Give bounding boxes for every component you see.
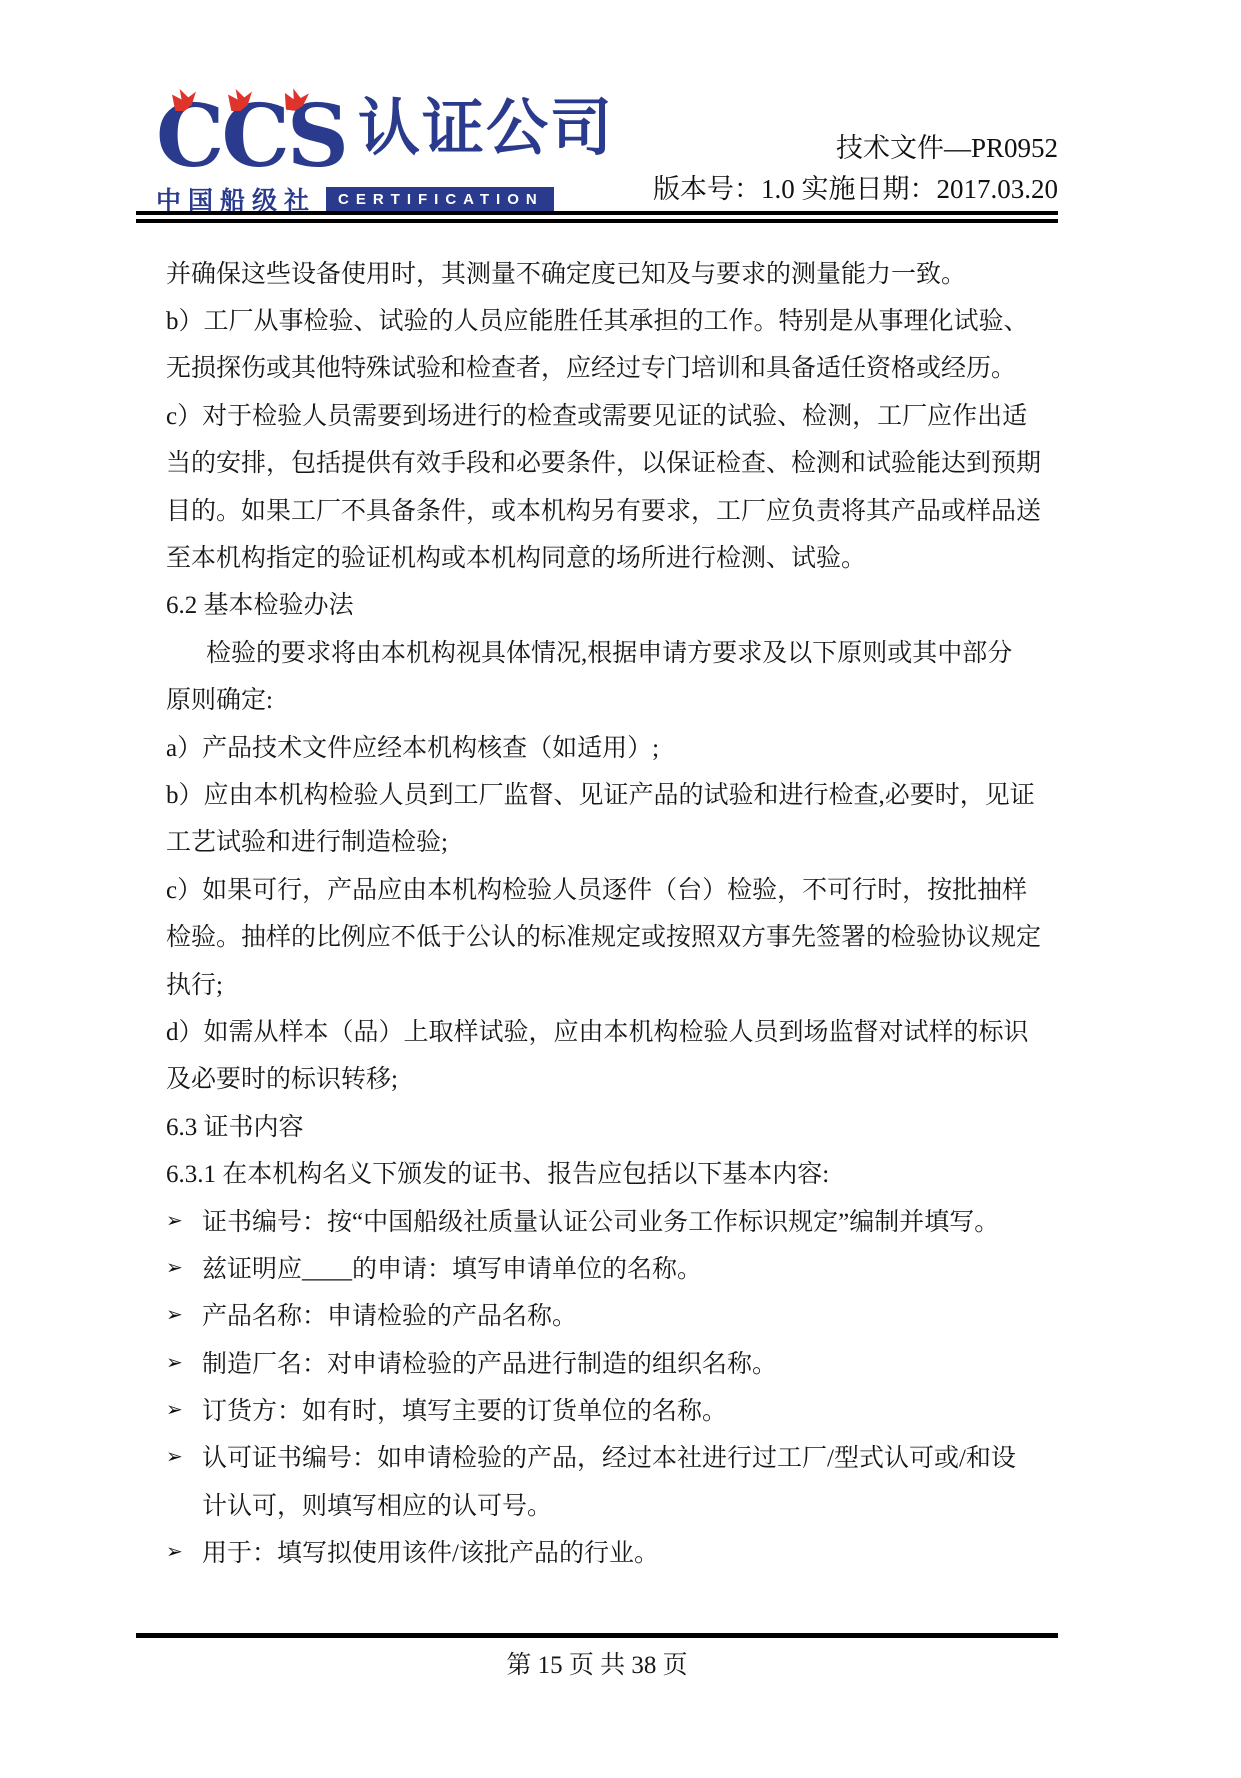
body-line: 6.2 基本检验办法 <box>166 580 1066 627</box>
body-line: ➢兹证明应____的申请：填写申请单位的名称。 <box>166 1243 1066 1290</box>
body-line-text: 工艺试验和进行制造检验; <box>166 822 448 858</box>
doc-type-label: 技术文件—PR0952 <box>653 128 1058 169</box>
body-line: ➢制造厂名：对申请检验的产品进行制造的组织名称。 <box>166 1338 1066 1385</box>
body-line-text: 用于：填写拟使用该件/该批产品的行业。 <box>202 1533 659 1569</box>
body-line-text: 制造厂名：对申请检验的产品进行制造的组织名称。 <box>202 1344 777 1380</box>
body-line: ➢订货方：如有时，填写主要的订货单位的名称。 <box>166 1385 1066 1432</box>
body-line-text: c）对于检验人员需要到场进行的检查或需要见证的试验、检测，工厂应作出适 <box>166 396 1027 432</box>
ccs-wordmark: CCS <box>156 96 346 178</box>
body-line: 目的。如果工厂不具备条件，或本机构另有要求，工厂应负责将其产品或样品送 <box>166 485 1066 532</box>
body-line-text: b）应由本机构检验人员到工厂监督、见证产品的试验和进行检查,必要时，见证 <box>166 775 1035 811</box>
body-line: b）应由本机构检验人员到工厂监督、见证产品的试验和进行检查,必要时，见证 <box>166 769 1066 816</box>
bullet-arrow-icon: ➢ <box>166 1352 202 1372</box>
body-line: 无损探伤或其他特殊试验和检查者，应经过专门培训和具备适任资格或经历。 <box>166 343 1066 390</box>
logo-row-top: CCS 认证公司 <box>156 96 614 178</box>
body-line: 计认可，则填写相应的认可号。 <box>166 1480 1066 1527</box>
body-line-text: 及必要时的标识转移; <box>166 1059 398 1095</box>
body-line-text: 订货方：如有时，填写主要的订货单位的名称。 <box>202 1391 727 1427</box>
body-line: c）如果可行，产品应由本机构检验人员逐件（台）检验，不可行时，按批抽样 <box>166 864 1066 911</box>
body-line-text: d）如需从样本（品）上取样试验，应由本机构检验人员到场监督对试样的标识 <box>166 1012 1029 1048</box>
bullet-arrow-icon: ➢ <box>166 1399 202 1419</box>
bullet-arrow-icon: ➢ <box>166 1541 202 1561</box>
header-divider <box>136 211 1058 223</box>
body-line-text: 至本机构指定的验证机构或本机构同意的场所进行检测、试验。 <box>166 538 866 574</box>
body-line: ➢用于：填写拟使用该件/该批产品的行业。 <box>166 1528 1066 1575</box>
body-line-text: 兹证明应____的申请：填写申请单位的名称。 <box>202 1249 702 1285</box>
body-line-text: 并确保这些设备使用时，其测量不确定度已知及与要求的测量能力一致。 <box>166 254 966 290</box>
bullet-arrow-icon: ➢ <box>166 1304 202 1324</box>
body-line: 原则确定: <box>166 675 1066 722</box>
footer-divider <box>136 1633 1058 1638</box>
body-line-text: 检验。抽样的比例应不低于公认的标准规定或按照双方事先签署的检验协议规定 <box>166 917 1041 953</box>
body-line: c）对于检验人员需要到场进行的检查或需要见证的试验、检测，工厂应作出适 <box>166 390 1066 437</box>
body-line-text: a）产品技术文件应经本机构核查（如适用）; <box>166 728 659 764</box>
logo-company-name: 认证公司 <box>358 98 614 160</box>
body-line-text: 6.3 证书内容 <box>166 1107 304 1143</box>
body-line: 工艺试验和进行制造检验; <box>166 817 1066 864</box>
body-line-text: b）工厂从事检验、试验的人员应能胜任其承担的工作。特别是从事理化试验、 <box>166 301 1029 337</box>
body-lines: 并确保这些设备使用时，其测量不确定度已知及与要求的测量能力一致。b）工厂从事检验… <box>166 248 1066 1575</box>
certification-banner: CERTIFICATION <box>326 187 554 211</box>
ccs-logo: CCS 认证公司 中国船级社 CERTIFICATION <box>156 96 614 217</box>
bullet-arrow-icon: ➢ <box>166 1446 202 1466</box>
body-line: ➢产品名称：申请检验的产品名称。 <box>166 1291 1066 1338</box>
body-line-text: 当的安排，包括提供有效手段和必要条件，以保证检查、检测和试验能达到预期 <box>166 443 1041 479</box>
body-line-text: 目的。如果工厂不具备条件，或本机构另有要求，工厂应负责将其产品或样品送 <box>166 491 1041 527</box>
body-line: 执行; <box>166 959 1066 1006</box>
body-line-text: 原则确定: <box>166 680 273 716</box>
body-line: 检验的要求将由本机构视具体情况,根据申请方要求及以下原则或其中部分 <box>166 627 1066 674</box>
body-line: 6.3 证书内容 <box>166 1101 1066 1148</box>
body-line-text: 证书编号：按“中国船级社质量认证公司业务工作标识规定”编制并填写。 <box>202 1202 999 1238</box>
body-line: 当的安排，包括提供有效手段和必要条件，以保证检查、检测和试验能达到预期 <box>166 438 1066 485</box>
body-line-text: 无损探伤或其他特殊试验和检查者，应经过专门培训和具备适任资格或经历。 <box>166 348 1016 384</box>
body-line-text: 6.2 基本检验办法 <box>166 585 354 621</box>
version-date-label: 版本号：1.0 实施日期：2017.03.20 <box>653 169 1058 210</box>
page-number: 第 15 页 共 38 页 <box>136 1645 1058 1681</box>
header-right-block: 技术文件—PR0952 版本号：1.0 实施日期：2017.03.20 <box>653 128 1058 210</box>
body-line-text: 执行; <box>166 965 223 1001</box>
body-line: 及必要时的标识转移; <box>166 1054 1066 1101</box>
body-line: d）如需从样本（品）上取样试验，应由本机构检验人员到场监督对试样的标识 <box>166 1006 1066 1053</box>
body-line: ➢认可证书编号：如申请检验的产品，经过本社进行过工厂/型式认可或/和设 <box>166 1433 1066 1480</box>
body-line: 并确保这些设备使用时，其测量不确定度已知及与要求的测量能力一致。 <box>166 248 1066 295</box>
body-line-text: c）如果可行，产品应由本机构检验人员逐件（台）检验，不可行时，按批抽样 <box>166 870 1027 906</box>
body-line-text: 6.3.1 在本机构名义下颁发的证书、报告应包括以下基本内容: <box>166 1154 829 1190</box>
document-page: CCS 认证公司 中国船级社 CERTIFICATION 技术文件—PR0952… <box>0 0 1241 1778</box>
bullet-arrow-icon: ➢ <box>166 1210 202 1230</box>
body-line-text: 检验的要求将由本机构视具体情况,根据申请方要求及以下原则或其中部分 <box>206 633 1012 669</box>
body-line: b）工厂从事检验、试验的人员应能胜任其承担的工作。特别是从事理化试验、 <box>166 295 1066 342</box>
body-line-text: 计认可，则填写相应的认可号。 <box>202 1486 552 1522</box>
body-line-text: 产品名称：申请检验的产品名称。 <box>202 1296 577 1332</box>
body-line: 6.3.1 在本机构名义下颁发的证书、报告应包括以下基本内容: <box>166 1148 1066 1195</box>
body-line: ➢证书编号：按“中国船级社质量认证公司业务工作标识规定”编制并填写。 <box>166 1196 1066 1243</box>
body-line-text: 认可证书编号：如申请检验的产品，经过本社进行过工厂/型式认可或/和设 <box>202 1438 1016 1474</box>
bullet-arrow-icon: ➢ <box>166 1257 202 1277</box>
body-line: 检验。抽样的比例应不低于公认的标准规定或按照双方事先签署的检验协议规定 <box>166 911 1066 958</box>
body-line: a）产品技术文件应经本机构核查（如适用）; <box>166 722 1066 769</box>
body-line: 至本机构指定的验证机构或本机构同意的场所进行检测、试验。 <box>166 532 1066 579</box>
